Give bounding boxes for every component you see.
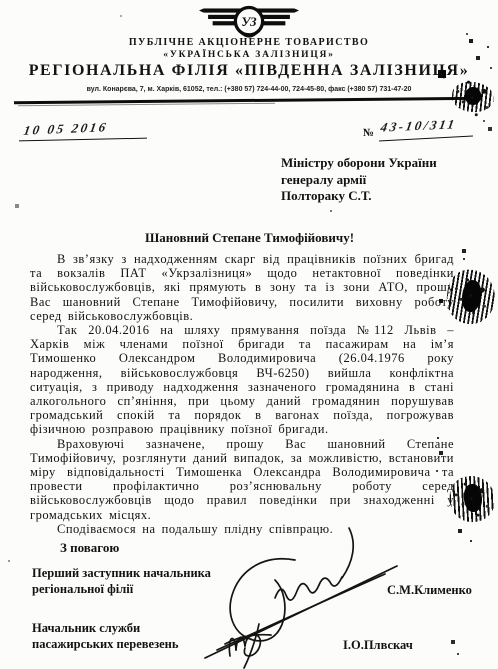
scanned-letter-page: УЗ ПУБЛІЧНЕ АКЦІОНЕРНЕ ТОВАРИСТВО «УКРАЇ… <box>0 0 498 669</box>
signature2-descender <box>244 624 259 668</box>
scan-specks <box>0 0 2 2</box>
letterhead-divider <box>14 97 482 104</box>
number-underline <box>379 136 473 142</box>
letter-body: В зв’язку з надходженням скарг від праці… <box>30 252 454 536</box>
handwritten-signatures <box>175 518 410 669</box>
ink-blotch-lower-right <box>448 474 497 524</box>
logo-monogram: УЗ <box>241 15 257 29</box>
body-paragraph-2: Так 20.04.2016 на шляху прямування поїзд… <box>30 323 454 437</box>
recipient-title: Міністру оборони України <box>281 155 437 172</box>
body-paragraph-1: В зв’язку з надходженням скарг від праці… <box>30 252 454 323</box>
branch-name: РЕГІОНАЛЬНА ФІЛІЯ «ПІВДЕННА ЗАЛІЗНИЦЯ» <box>0 62 498 80</box>
signer2-title: Начальник служби пасажирських перевезень <box>32 621 179 652</box>
signer2-title-line2: пасажирських перевезень <box>32 637 179 653</box>
recipient-rank: генералу армії <box>281 172 437 189</box>
recipient-block: Міністру оборони України генералу армії … <box>281 155 437 205</box>
number-sign-label: № <box>363 127 374 139</box>
signer2-title-line1: Начальник служби <box>32 621 179 637</box>
company-name-line1: ПУБЛІЧНЕ АКЦІОНЕРНЕ ТОВАРИСТВО <box>0 37 498 48</box>
recipient-name: Полтораку С.Т. <box>281 188 437 205</box>
company-name-line2: «УКРАЇНСЬКА ЗАЛІЗНИЦЯ» <box>0 50 498 60</box>
body-paragraph-3: Враховуючі зазначене, прошу Вас шановний… <box>30 437 454 522</box>
signature1-upstroke <box>342 528 353 578</box>
closing-regards: З повагою <box>60 540 119 556</box>
handwritten-outgoing-number: 43-10/311 <box>379 116 458 135</box>
salutation: Шановний Степане Тимофійовичу! <box>145 230 354 246</box>
handwritten-date: 10 05 2016 <box>22 119 109 139</box>
date-underline <box>19 138 147 142</box>
contact-address-line: вул. Конарєва, 7, м. Харків, 61052, тел.… <box>0 86 498 93</box>
